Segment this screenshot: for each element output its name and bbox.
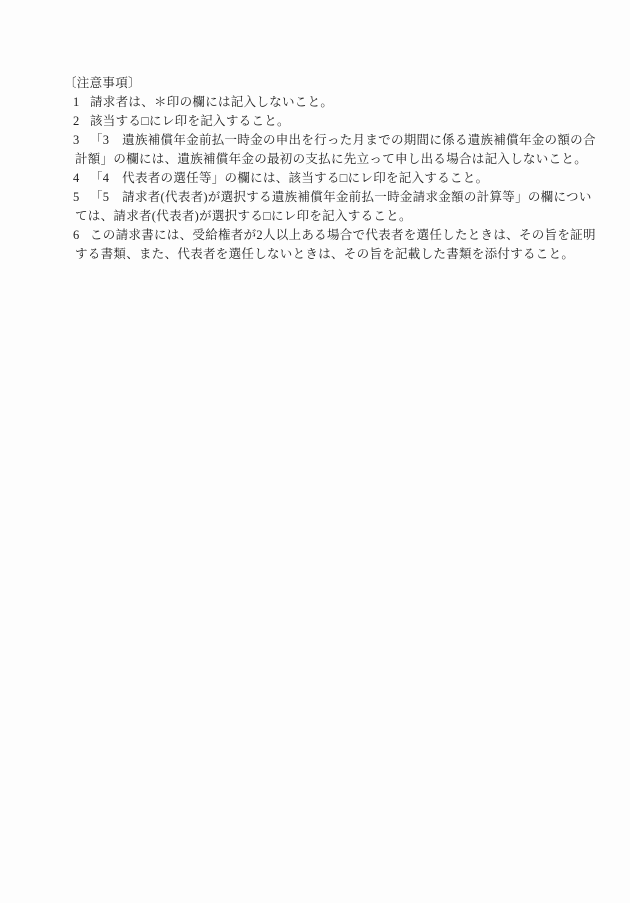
note-item: 3「3 遺族補償年金前払一時金の申出を行った月までの期間に係る遺族補償年金の額の…	[73, 131, 610, 169]
note-item-line: 「3 遺族補償年金前払一時金の申出を行った月までの期間に係る遺族補償年金の額の合	[73, 131, 610, 150]
note-item: 2該当する□にレ印を記入すること。	[73, 112, 610, 131]
note-item-number: 4	[73, 169, 90, 188]
note-item-line: する書類、また、代表者を選任しないときは、その旨を記載した書類を添付すること。	[73, 245, 610, 264]
note-item-line: 「4 代表者の選任等」の欄には、該当する□にレ印を記入すること。	[73, 169, 610, 188]
note-item: 6この請求書には、受給権者が2人以上ある場合で代表者を選任したときは、その旨を証…	[73, 226, 610, 264]
note-item-line: この請求書には、受給権者が2人以上ある場合で代表者を選任したときは、その旨を証明	[73, 226, 610, 245]
note-item: 1請求者は、＊印の欄には記入しないこと。	[73, 93, 610, 112]
note-item-line: 請求者は、＊印の欄には記入しないこと。	[73, 93, 610, 112]
note-item-number: 1	[73, 93, 90, 112]
note-item-line: 「5 請求者(代表者)が選択する遺族補償年金前払一時金請求金額の計算等」の欄につ…	[73, 188, 610, 207]
note-item: 5「5 請求者(代表者)が選択する遺族補償年金前払一時金請求金額の計算等」の欄に…	[73, 188, 610, 226]
notes-section: 〔注意事項〕 1請求者は、＊印の欄には記入しないこと。2該当する□にレ印を記入す…	[0, 74, 610, 264]
notes-title: 〔注意事項〕	[64, 74, 610, 93]
notes-list: 1請求者は、＊印の欄には記入しないこと。2該当する□にレ印を記入すること。3「3…	[0, 93, 610, 264]
note-item-line: 計額」の欄には、遺族補償年金の最初の支払に先立って申し出る場合は記入しないこと。	[73, 150, 610, 169]
note-item: 4「4 代表者の選任等」の欄には、該当する□にレ印を記入すること。	[73, 169, 610, 188]
note-item-number: 3	[73, 131, 90, 150]
document-page: 〔注意事項〕 1請求者は、＊印の欄には記入しないこと。2該当する□にレ印を記入す…	[0, 0, 630, 903]
note-item-line: ては、請求者(代表者)が選択する□にレ印を記入すること。	[73, 207, 610, 226]
note-item-number: 2	[73, 112, 90, 131]
note-item-line: 該当する□にレ印を記入すること。	[73, 112, 610, 131]
note-item-number: 5	[73, 188, 90, 207]
note-item-number: 6	[73, 226, 90, 245]
